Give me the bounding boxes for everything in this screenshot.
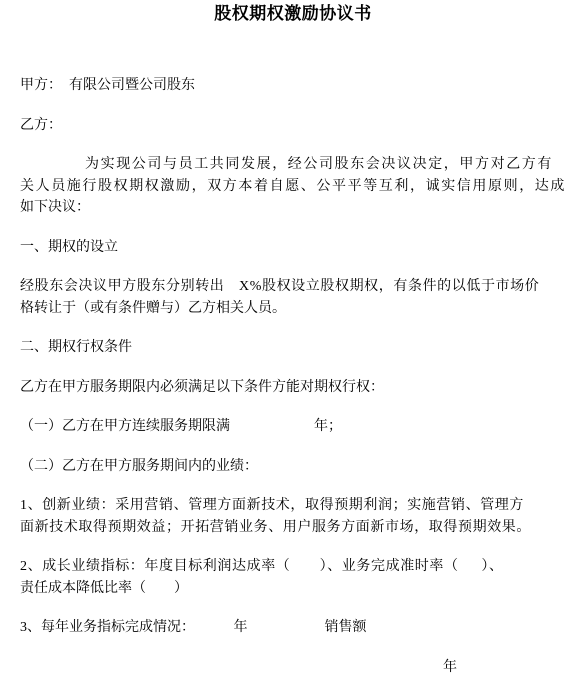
performance-item-2-line-1: 2、成长业绩指标：年度目标利润达成率（ ）、业务完成准时率（ ）、 bbox=[20, 556, 566, 578]
performance-item-1: 1、创新业绩：采用营销、管理方面新技术，取得预期利润；实施营销、管理方 面新技术… bbox=[20, 495, 566, 538]
section1-heading: 一、期权的设立 bbox=[20, 237, 566, 259]
section1-body-line-1: 经股东会决议甲方股东分别转出 X%股权设立股权期权，有条件的以低于市场价 bbox=[20, 276, 566, 298]
preamble-paragraph: 为实现公司与员工共同发展，经公司股东会决议决定，甲方对乙方有 关人员施行股权期权… bbox=[20, 154, 566, 219]
agreement-document: 股权期权激励协议书 甲方： 有限公司暨公司股东 乙方： 为实现公司与员工共同发展… bbox=[0, 0, 588, 696]
preamble-line-2: 关人员施行股权期权激励，双方本着自愿、公平平等互利，诚实信用原则，达成 bbox=[20, 176, 566, 198]
section2-heading: 二、期权行权条件 bbox=[20, 337, 566, 359]
party-b-line: 乙方： bbox=[20, 115, 566, 137]
preamble-line-3: 如下决议： bbox=[20, 197, 566, 219]
section2-intro: 乙方在甲方服务期限内必须满足以下条件方能对期权行权： bbox=[20, 377, 566, 399]
performance-item-2: 2、成长业绩指标：年度目标利润达成率（ ）、业务完成准时率（ ）、 责任成本降低… bbox=[20, 556, 566, 599]
section1-body: 经股东会决议甲方股东分别转出 X%股权设立股权期权，有条件的以低于市场价 格转让… bbox=[20, 276, 566, 319]
performance-item-1-line-1: 1、创新业绩：采用营销、管理方面新技术，取得预期利润；实施营销、管理方 bbox=[20, 495, 566, 517]
performance-item-1-line-2: 面新技术取得预期效益；开拓营销业务、用户服务方面新市场，取得预期效果。 bbox=[20, 517, 566, 539]
document-title: 股权期权激励协议书 bbox=[20, 3, 566, 25]
preamble-line-1: 为实现公司与员工共同发展，经公司股东会决议决定，甲方对乙方有 bbox=[20, 154, 566, 176]
party-a-line: 甲方： 有限公司暨公司股东 bbox=[20, 75, 566, 97]
condition-item-2: （二）乙方在甲方服务期间内的业绩： bbox=[20, 456, 566, 478]
condition-item-1: （一）乙方在甲方连续服务期限满 年； bbox=[20, 416, 566, 438]
trailing-year-label: 年 bbox=[20, 657, 566, 679]
section1-body-line-2: 格转让于（或有条件赠与）乙方相关人员。 bbox=[20, 298, 566, 320]
performance-item-2-line-2: 责任成本降低比率（ ） bbox=[20, 578, 566, 600]
performance-item-3: 3、每年业务指标完成情况： 年 销售额 bbox=[20, 617, 566, 639]
